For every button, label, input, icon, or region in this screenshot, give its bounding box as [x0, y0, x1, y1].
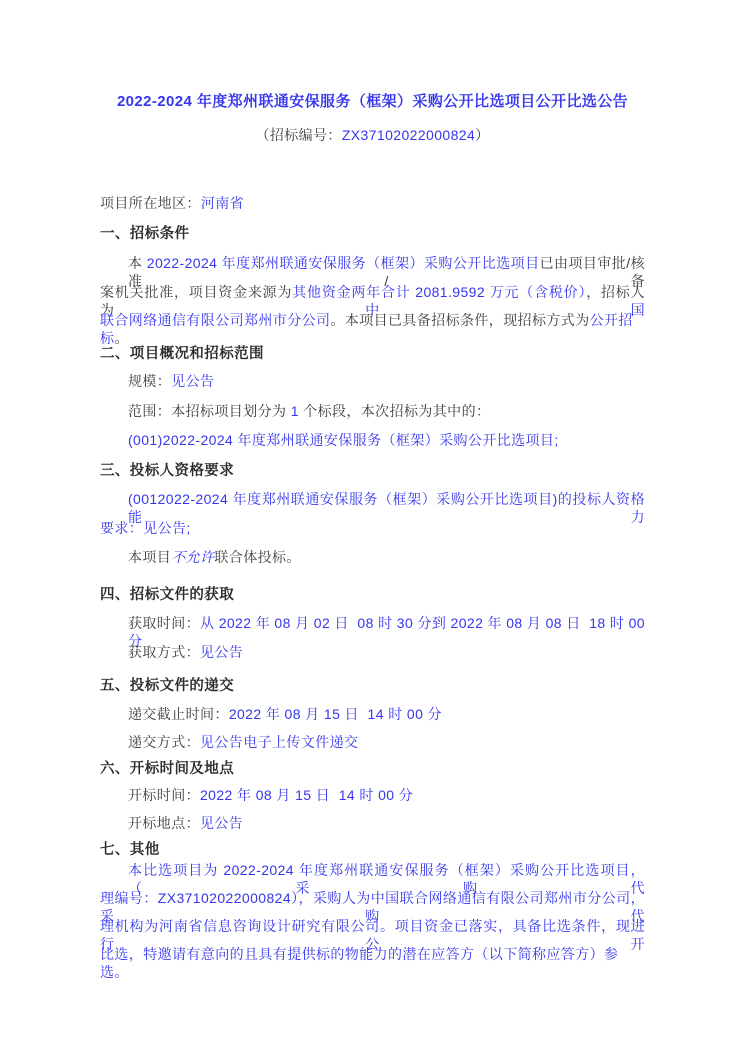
submit-method-line-run-0: 递交方式： — [128, 734, 200, 750]
announcement-page: 2022-2024 年度郑州联通安保服务（框架）采购公开比选项目公开比选公告（招… — [0, 0, 745, 1058]
section-4-heading: 四、招标文件的获取 — [100, 586, 645, 604]
bid-number-line-run-2: ） — [475, 127, 489, 143]
section-5-heading: 五、投标文件的递交 — [100, 677, 645, 695]
region-line-run-0: 项目所在地区： — [100, 195, 201, 211]
submit-deadline-line: 递交截止时间：2022 年 08 月 15 日 14 时 00 分 — [128, 706, 645, 724]
section-5-heading-run-0: 五、投标文件的递交 — [100, 678, 234, 694]
section-1-para-line-3-run-0: 联合网络通信有限公司郑州市分公司 — [100, 312, 330, 328]
section-1-para-line-2-run-0: 案机关批准，项目资金来源为 — [100, 284, 292, 300]
obtain-method-line: 获取方式：见公告 — [128, 644, 645, 662]
section-7-heading-run-0: 七、其他 — [100, 842, 160, 858]
section-2-heading: 二、项目概况和招标范围 — [100, 345, 645, 363]
region-line: 项目所在地区：河南省 — [100, 195, 645, 213]
section-3-heading-run-0: 三、投标人资格要求 — [100, 463, 234, 479]
section-1-heading: 一、招标条件 — [100, 225, 645, 243]
section-1-para-line-1-run-0: 本 — [128, 255, 147, 271]
doc-title: 2022-2024 年度郑州联通安保服务（框架）采购公开比选项目公开比选公告 — [0, 93, 745, 112]
bid-number-line: （招标编号：ZX37102022000824） — [0, 127, 745, 145]
obtain-time-line-run-0: 获取时间： — [128, 615, 200, 631]
qualification-line-2: 要求：见公告; — [100, 520, 645, 538]
section-1-para-line-3-run-3: 。 — [114, 330, 128, 346]
scope-line: 范围：本招标项目划分为 1 个标段，本次招标为其中的： — [128, 403, 645, 421]
bid-number-line-run-1: ZX37102022000824 — [342, 127, 475, 143]
scope-line-run-2: 个标段，本次招标为其中的： — [299, 403, 491, 419]
section-3-heading: 三、投标人资格要求 — [100, 462, 645, 480]
section-1-para-line-1-run-1: 2022-2024 年度郑州联通安保服务（框架）采购公开比选项目 — [147, 255, 540, 271]
consortium-line-run-1: 不允许 — [171, 549, 214, 565]
scale-line: 规模：见公告 — [128, 373, 645, 391]
submit-method-line: 递交方式：见公告电子上传文件递交 — [128, 734, 645, 752]
open-place-line-run-0: 开标地点： — [128, 815, 200, 831]
open-place-line-run-1: 见公告 — [200, 815, 243, 831]
obtain-method-line-run-1: 见公告 — [200, 644, 243, 660]
lot-001-line: (001)2022-2024 年度郑州联通安保服务（框架）采购公开比选项目; — [128, 432, 645, 450]
consortium-line-run-2: 联合体投标。 — [214, 549, 300, 565]
open-time-line: 开标时间：2022 年 08 月 15 日 14 时 00 分 — [128, 787, 645, 805]
qualification-line-2-run-0: 要求：见公告; — [100, 520, 191, 536]
section-6-heading: 六、开标时间及地点 — [100, 760, 645, 778]
scope-line-run-0: 范围：本招标项目划分为 — [128, 403, 291, 419]
section-1-para-line-3-run-1: 。本项目已具备招标条件，现招标方式为 — [330, 312, 589, 328]
submit-method-line-run-1: 见公告电子上传文件递交 — [200, 734, 358, 750]
scope-line-run-1: 1 — [291, 403, 299, 419]
doc-title-run-0: 2022-2024 年度郑州联通安保服务（框架）采购公开比选项目公开比选公告 — [117, 93, 628, 110]
section-7-heading: 七、其他 — [100, 841, 645, 859]
section-2-heading-run-0: 二、项目概况和招标范围 — [100, 346, 264, 362]
consortium-line-run-0: 本项目 — [128, 549, 171, 565]
open-time-line-run-1: 2022 年 08 月 15 日 14 时 00 分 — [200, 787, 413, 803]
open-time-line-run-0: 开标时间： — [128, 787, 200, 803]
scale-line-run-1: 见公告 — [171, 373, 214, 389]
section-4-heading-run-0: 四、招标文件的获取 — [100, 587, 234, 603]
bid-number-line-run-0: （招标编号： — [255, 127, 341, 143]
consortium-line: 本项目不允许联合体投标。 — [128, 549, 645, 567]
section-1-para-line-2-run-1: 其他资金两年合计 2081.9592 万元（含税价） — [292, 284, 586, 300]
section-6-heading-run-0: 六、开标时间及地点 — [100, 761, 234, 777]
section-1-heading-run-0: 一、招标条件 — [100, 226, 189, 242]
obtain-method-line-run-0: 获取方式： — [128, 644, 200, 660]
submit-deadline-line-run-1: 2022 年 08 月 15 日 14 时 00 分 — [229, 706, 442, 722]
scale-line-run-0: 规模： — [128, 373, 171, 389]
region-line-run-1: 河南省 — [201, 195, 244, 211]
other-para-line-4-run-0: 比选，特邀请有意向的且具有提供标的物能力的潜在应答方（以下简称应答方）参选。 — [100, 946, 618, 980]
section-1-para-line-3: 联合网络通信有限公司郑州市分公司。本项目已具备招标条件，现招标方式为公开招标。 — [100, 312, 645, 347]
submit-deadline-line-run-0: 递交截止时间： — [128, 706, 229, 722]
lot-001-line-run-0: (001)2022-2024 年度郑州联通安保服务（框架）采购公开比选项目; — [128, 432, 559, 448]
open-place-line: 开标地点：见公告 — [128, 815, 645, 833]
other-para-line-4: 比选，特邀请有意向的且具有提供标的物能力的潜在应答方（以下简称应答方）参选。 — [100, 946, 645, 981]
